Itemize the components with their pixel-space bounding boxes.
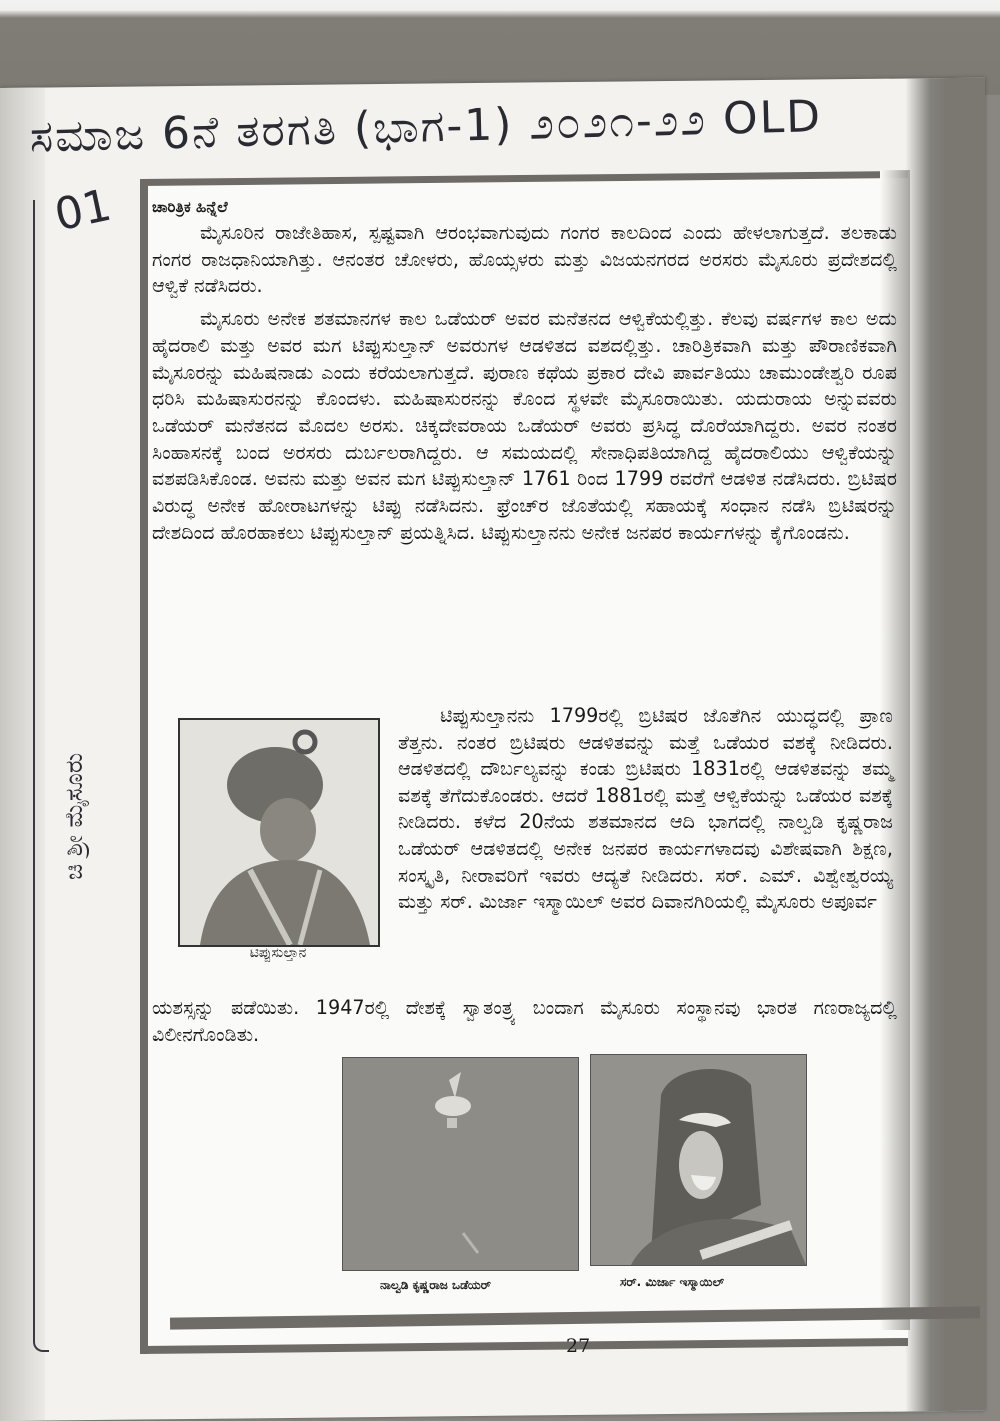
handwritten-bracket-line [33,200,49,1352]
krishnaraja-wadiyar-photo [342,1057,579,1271]
portrait-photo-icon [343,1058,578,1270]
paragraph-2: ಮೈಸೂರು ಅನೇಕ ಶತಮಾನಗಳ ಕಾಲ ಒಡೆಯರ್ ಅವರ ಮನೆತನ… [152,306,897,546]
tipu-sultan-portrait [178,718,380,947]
mirza-ismail-photo [590,1054,807,1266]
mirza-ismail-caption: ಸರ್. ಮಿರ್ಜಾ ಇಸ್ಮಾಯಿಲ್ [620,1275,724,1290]
textbook-content: ಚಾರಿತ್ರಿಕ ಹಿನ್ನೆಲೆ ಮೈಸೂರಿನ ರಾಜೇತಿಹಾಸ, ಸ್… [152,196,897,552]
paragraph-3: ಟಿಪ್ಪುಸುಲ್ತಾನನು 1799ರಲ್ಲಿ ಬ್ರಿಟಿಷರ ಜೊತೆಗ… [398,703,893,916]
handwritten-vertical-note: ಚಿ ಶ್ರೀ ಮೈಸೂರು [60,620,88,880]
section-heading: ಚಾರಿತ್ರಿಕ ಹಿನ್ನೆಲೆ [152,196,897,218]
paragraph-3-continued: ಯಶಸ್ಸನ್ನು ಪಡೆಯಿತು. 1947ರಲ್ಲಿ ದೇಶಕ್ಕೆ ಸ್ವ… [152,995,897,1048]
page-number: 27 [566,1335,590,1357]
tipu-sultan-caption: ಟಿಪ್ಪುಸುಲ್ತಾನ [178,945,378,961]
paragraph-1: ಮೈಸೂರಿನ ರಾಜೇತಿಹಾಸ, ಸ್ಪಷ್ಟವಾಗಿ ಆರಂಭವಾಗುವು… [152,220,897,300]
portrait-photo-icon [591,1055,806,1265]
sheet-edge-shadow [905,78,985,1412]
paragraph-3-text: ಟಿಪ್ಪುಸುಲ್ತಾನನು 1799ರಲ್ಲಿ ಬ್ರಿಟಿಷರ ಜೊತೆಗ… [398,703,893,916]
portrait-illustration-icon [180,720,378,945]
krishnaraja-wadiyar-caption: ನಾಲ್ವಡಿ ಕೃಷ್ಣರಾಜ ಒಡೆಯರ್ [380,1278,491,1293]
